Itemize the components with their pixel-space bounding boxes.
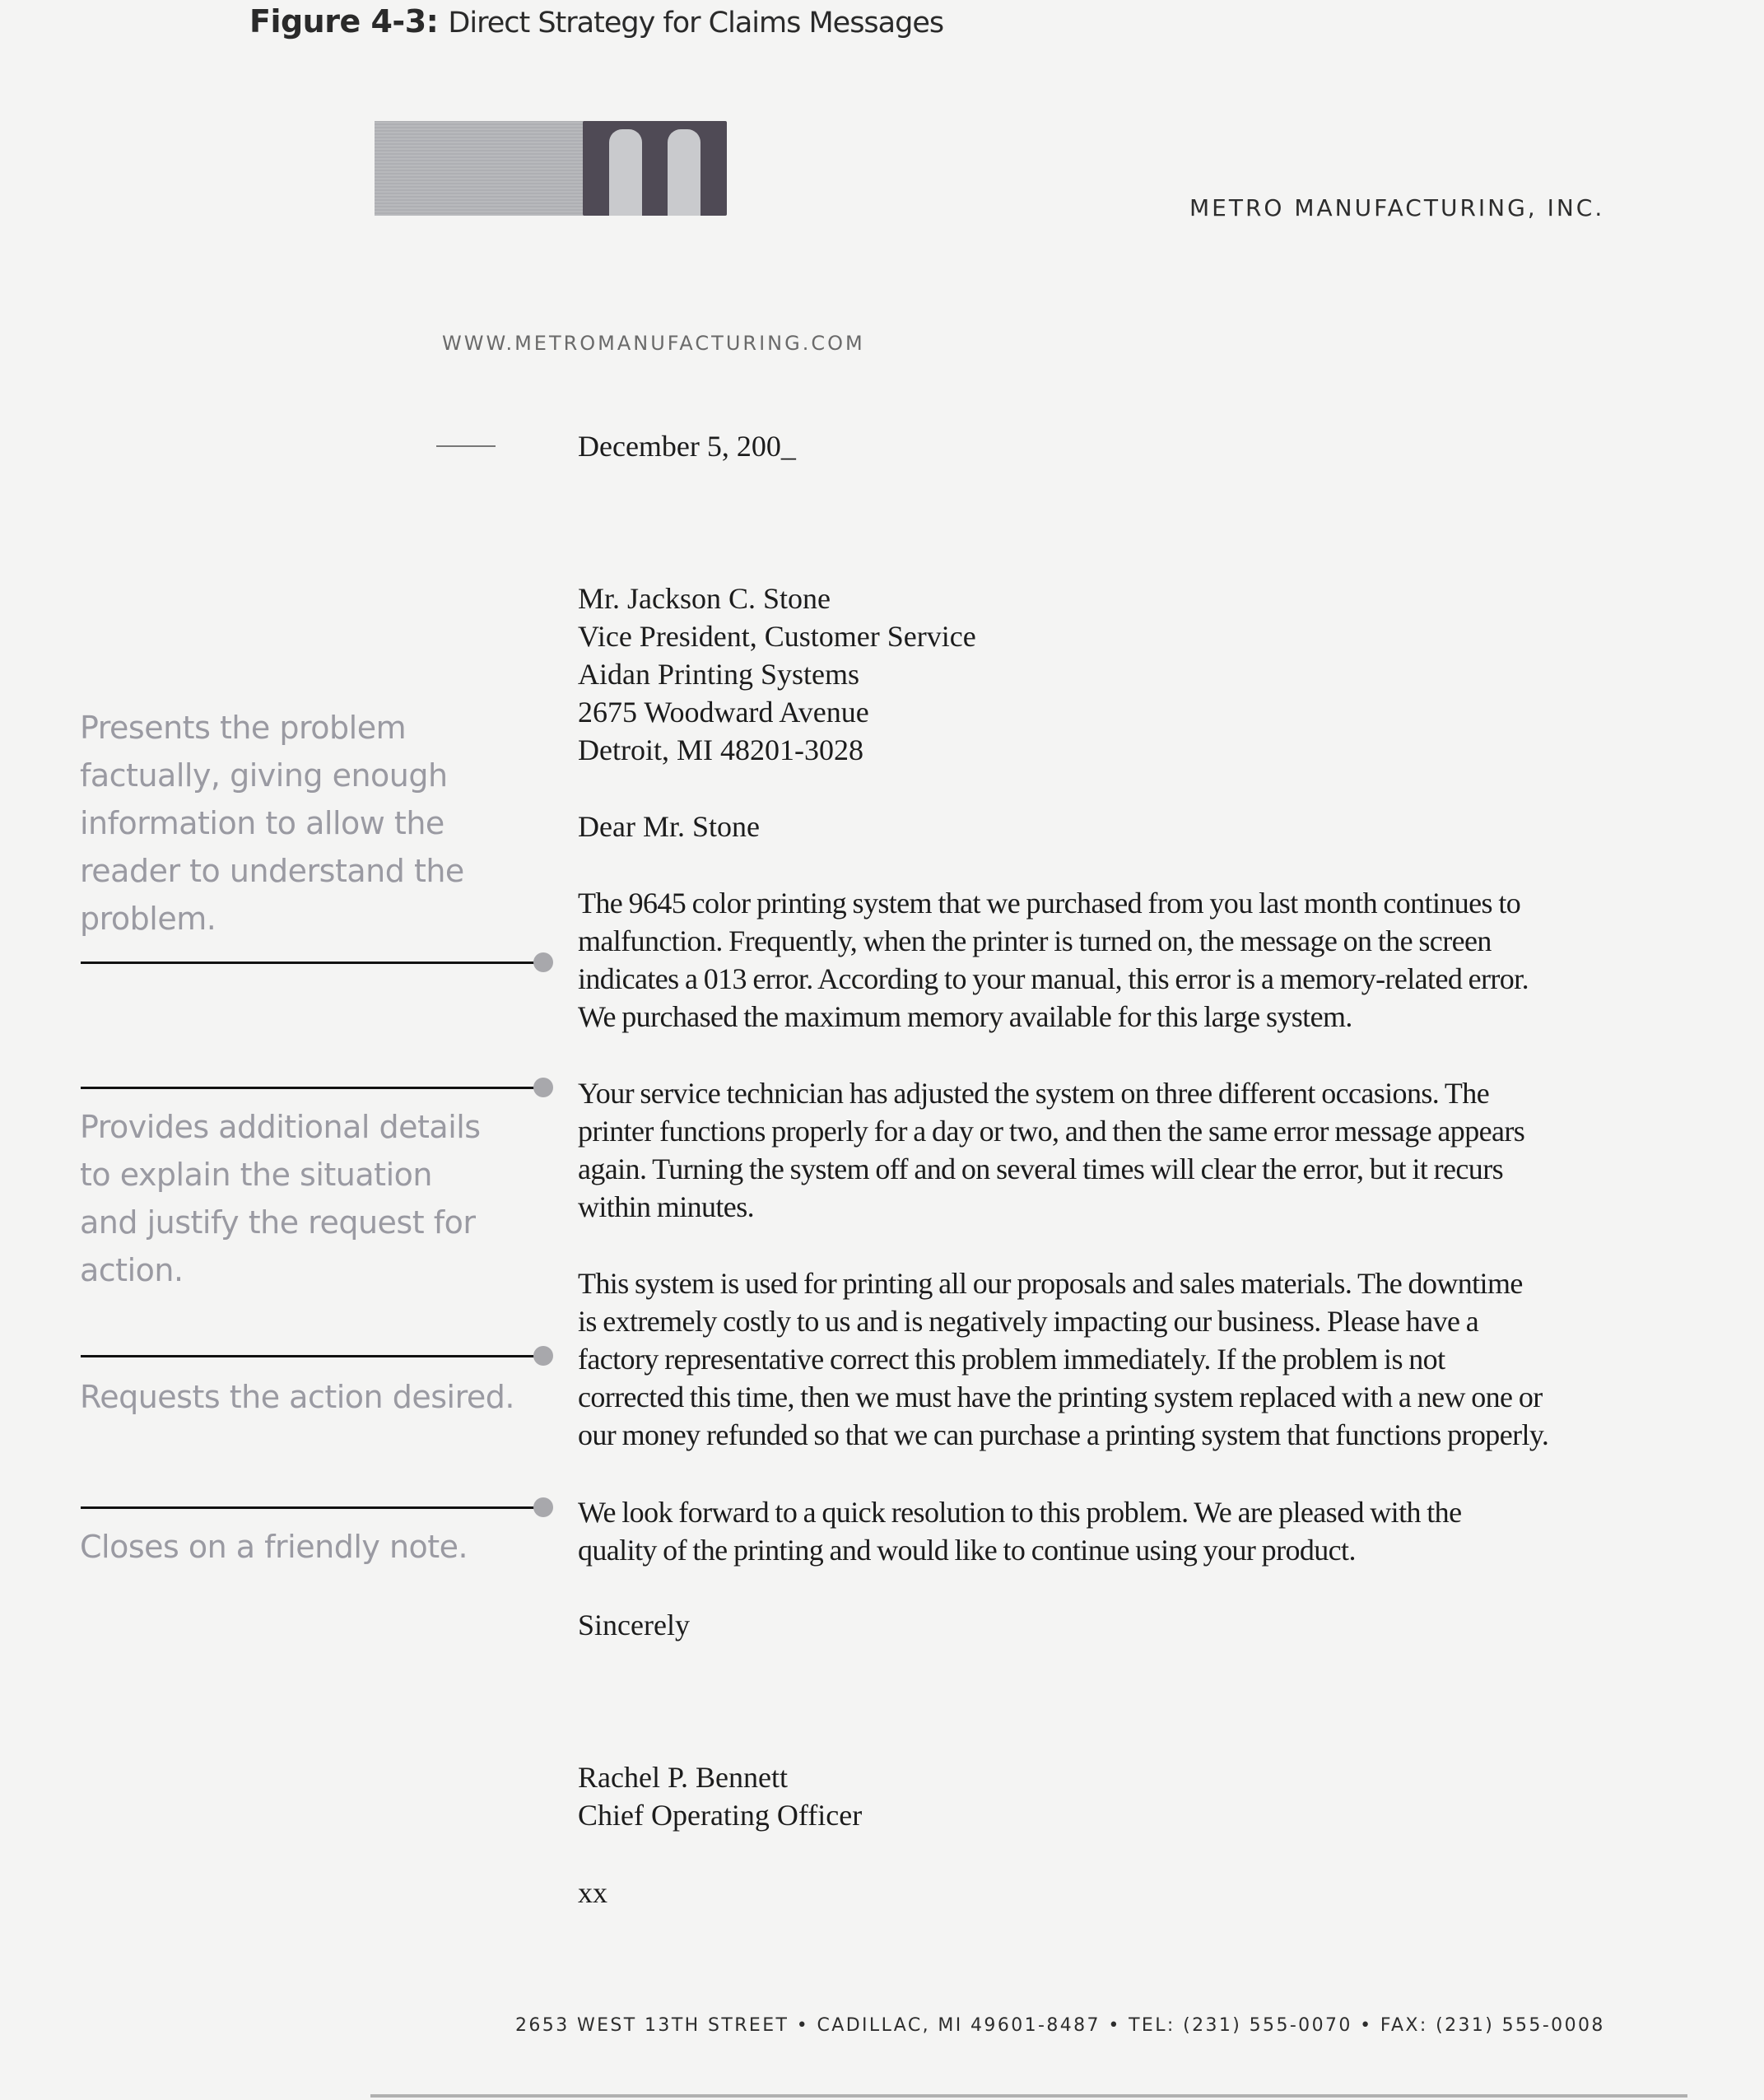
paragraph-closing: We look forward to a quick resolution to… xyxy=(578,1493,1640,1569)
recipient-name: Mr. Jackson C. Stone xyxy=(578,580,976,617)
figure-label: Figure 4-3: xyxy=(249,3,438,40)
company-name: METRO MANUFACTURING, INC. xyxy=(1189,194,1604,221)
annotation-leader-line xyxy=(81,1506,542,1509)
annotation-presents-problem: Presents the problem factually, giving e… xyxy=(80,704,464,943)
annotation-leader-line xyxy=(81,962,542,964)
signer-title: Chief Operating Officer xyxy=(578,1796,862,1834)
figure-caption: Figure 4-3: Direct Strategy for Claims M… xyxy=(249,3,943,40)
letter-date: December 5, 200_ xyxy=(578,427,796,465)
salutation: Dear Mr. Stone xyxy=(578,808,760,845)
complimentary-close: Sincerely xyxy=(578,1606,690,1644)
annotation-leader-line xyxy=(81,1087,542,1089)
leader-dot-icon xyxy=(533,1078,553,1097)
company-website: WWW.METROMANUFACTURING.COM xyxy=(442,332,865,355)
logo-m-block xyxy=(583,121,727,216)
footer-address: 2653 WEST 13TH STREET • CADILLAC, MI 496… xyxy=(515,2015,1605,2036)
annotation-additional-details: Provides additional details to explain t… xyxy=(80,1103,481,1294)
paragraph-problem: The 9645 color printing system that we p… xyxy=(578,884,1640,1036)
recipient-company: Aidan Printing Systems xyxy=(578,655,976,693)
leader-dot-icon xyxy=(533,1497,553,1517)
reference-initials: xx xyxy=(578,1874,607,1911)
annotation-requests-action: Requests the action desired. xyxy=(80,1373,514,1421)
date-rule xyxy=(436,445,496,447)
annotation-leader-line xyxy=(81,1355,542,1357)
recipient-street: 2675 Woodward Avenue xyxy=(578,693,976,731)
paragraph-request: This system is used for printing all our… xyxy=(578,1264,1640,1454)
inside-address: Mr. Jackson C. Stone Vice President, Cus… xyxy=(578,580,976,769)
signature-block: Rachel P. Bennett Chief Operating Office… xyxy=(578,1758,862,1834)
annotation-friendly-close: Closes on a friendly note. xyxy=(80,1523,468,1571)
recipient-title: Vice President, Customer Service xyxy=(578,617,976,655)
leader-dot-icon xyxy=(533,1346,553,1366)
paragraph-details: Your service technician has adjusted the… xyxy=(578,1074,1640,1226)
logo-gray-bar xyxy=(375,121,584,216)
signer-name: Rachel P. Bennett xyxy=(578,1758,862,1796)
figure-title: Direct Strategy for Claims Messages xyxy=(448,7,943,40)
recipient-city: Detroit, MI 48201-3028 xyxy=(578,731,976,769)
metro-m-logo-icon xyxy=(375,121,727,216)
page-bottom-edge xyxy=(370,2094,1687,2098)
leader-dot-icon xyxy=(533,952,553,972)
